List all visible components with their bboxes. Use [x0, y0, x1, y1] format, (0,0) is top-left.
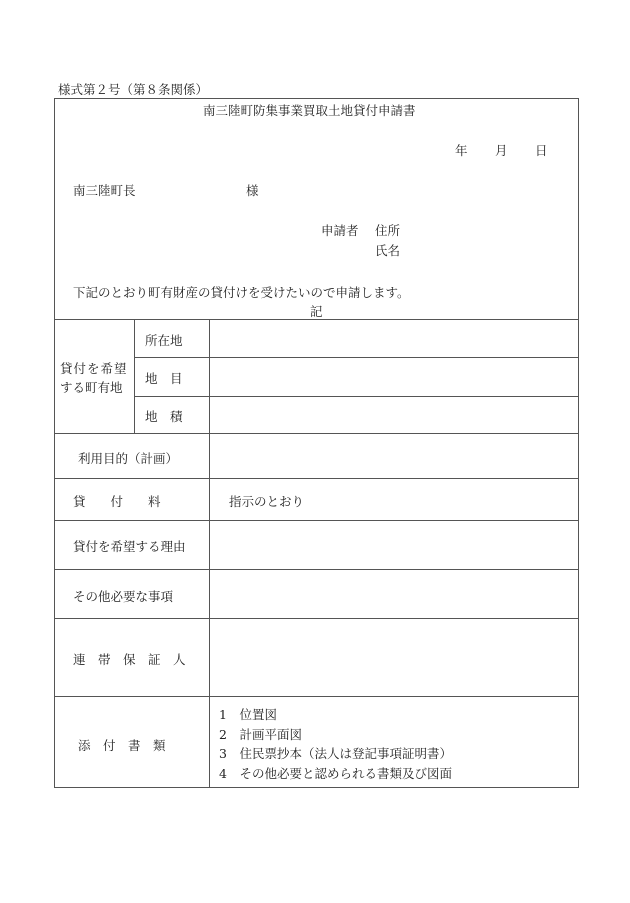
reason-label: 貸付を希望する理由	[73, 537, 186, 555]
guarantor-field[interactable]	[211, 620, 577, 695]
divider	[134, 357, 579, 358]
land-category-label: 地 目	[145, 369, 183, 387]
form-title: 南三陸町防集事業買取土地貸付申請書	[203, 101, 416, 119]
date-day: 日	[535, 141, 548, 159]
date-month: 月	[495, 141, 508, 159]
divider	[54, 569, 579, 570]
attachment-item: 2 計画平面図	[219, 725, 452, 745]
applicant-name-label: 氏名	[375, 241, 400, 259]
reason-field[interactable]	[211, 522, 577, 568]
land-group-label: 貸付を希望 する町有地	[60, 359, 128, 397]
divider	[134, 396, 579, 397]
other-matters-label: その他必要な事項	[73, 587, 173, 605]
date-year: 年	[455, 141, 468, 159]
divider	[54, 319, 579, 320]
guarantor-label: 連 帯 保 証 人	[73, 650, 186, 668]
applicant-address-label: 住所	[375, 221, 400, 239]
addressee-name: 南三陸町長	[73, 181, 136, 199]
land-category-field[interactable]	[211, 359, 577, 395]
attachment-item: 4 その他必要と認められる書類及び図面	[219, 764, 452, 784]
fee-value: 指示のとおり	[229, 492, 304, 510]
form-number: 様式第２号（第８条関係）	[58, 80, 208, 98]
divider	[54, 520, 579, 521]
attachments-list: 1 位置図 2 計画平面図 3 住民票抄本（法人は登記事項証明書） 4 その他必…	[219, 705, 452, 783]
divider	[54, 618, 579, 619]
divider	[54, 696, 579, 697]
location-field[interactable]	[211, 321, 577, 356]
location-label: 所在地	[145, 331, 183, 349]
statement: 下記のとおり町有財産の貸付けを受けたいので申請します。	[73, 283, 410, 301]
other-matters-field[interactable]	[211, 571, 577, 617]
land-area-field[interactable]	[211, 398, 577, 432]
divider	[54, 478, 579, 479]
applicant-label: 申請者	[321, 221, 359, 239]
divider	[134, 319, 135, 433]
ki-label: 記	[310, 302, 323, 320]
purpose-label: 利用目的（計画）	[78, 449, 178, 467]
attachment-item: 3 住民票抄本（法人は登記事項証明書）	[219, 744, 452, 764]
land-area-label: 地 積	[145, 407, 183, 425]
divider	[54, 433, 579, 434]
addressee-honorific: 様	[246, 181, 259, 199]
attachments-label: 添 付 書 類	[78, 736, 166, 754]
purpose-field[interactable]	[211, 435, 577, 477]
divider	[209, 319, 210, 788]
fee-label: 貸 付 料	[73, 492, 161, 510]
attachment-item: 1 位置図	[219, 705, 452, 725]
